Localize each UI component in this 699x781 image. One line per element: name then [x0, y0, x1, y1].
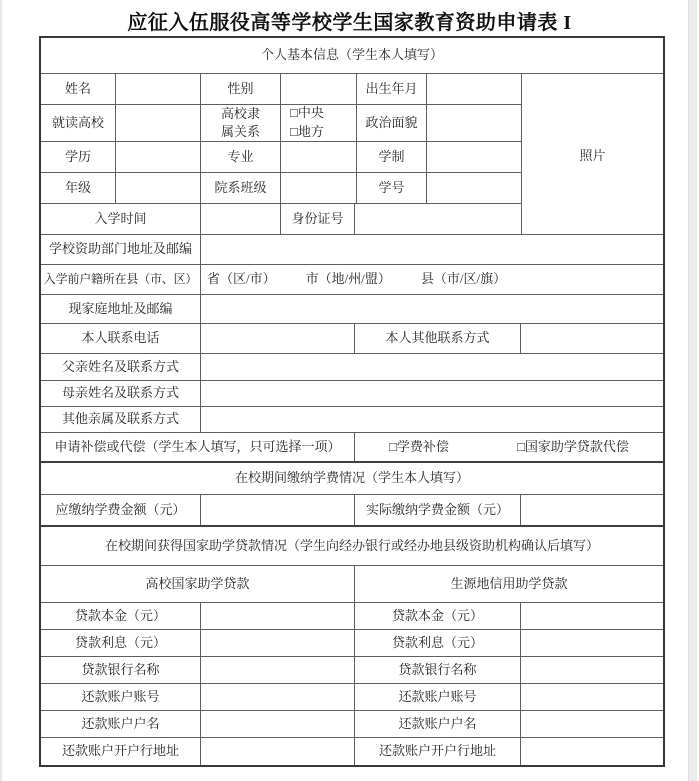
table-row: 应缴纳学费金额（元） 实际缴纳学费金额（元） [41, 495, 663, 527]
university-loan-account-name-input[interactable] [201, 711, 355, 737]
table-row: 申请补偿或代偿（学生本人填写，只可选择一项） □学费补偿 □国家助学贷款代偿 [41, 433, 663, 463]
university-input[interactable] [116, 105, 201, 141]
tuition-section-header: 在校期间缴纳学费情况（学生本人填写） [41, 463, 663, 494]
dept-class-label-cell: 院系班级 [201, 173, 281, 203]
tuition-due-input[interactable] [201, 495, 355, 525]
origin-loan-column-header: 生源地信用助学贷款 [355, 566, 663, 602]
origin-loan-bank-address-label-cell: 还款账户开户行地址 [355, 738, 521, 765]
table-row: 在校期间获得国家助学贷款情况（学生向经办银行或经办地县级资助机构确认后填写） [41, 527, 663, 566]
home-address-label-cell: 现家庭地址及邮编 [41, 295, 201, 323]
university-loan-bank-input[interactable] [201, 657, 355, 683]
origin-loan-interest-input[interactable] [521, 630, 663, 656]
major-input[interactable] [281, 142, 357, 173]
origin-city-label: 市（地/州/盟） [306, 271, 391, 287]
birth-label-cell: 出生年月 [357, 74, 427, 104]
scrollbar[interactable] [688, 0, 697, 781]
birth-input[interactable] [427, 74, 522, 104]
university-loan-account-name-label-cell: 还款账户户名 [41, 711, 201, 737]
table-row: 学校资助部门地址及邮编 [41, 235, 663, 265]
university-loan-bank-address-input[interactable] [201, 738, 355, 765]
origin-loan-interest-label-cell: 贷款利息（元） [355, 630, 521, 656]
origin-loan-account-label-cell: 还款账户账号 [355, 684, 521, 710]
phone-label-cell: 本人联系电话 [41, 324, 201, 353]
gender-input[interactable] [281, 74, 357, 104]
political-status-label-cell: 政治面貌 [357, 105, 427, 141]
mother-input[interactable] [201, 381, 663, 406]
central-checkbox[interactable]: □中央 [290, 105, 324, 121]
table-row: 贷款银行名称 贷款银行名称 [41, 657, 663, 684]
origin-province-label: 省（区/市） [207, 271, 276, 287]
origin-input-cell[interactable]: 省（区/市） 市（地/州/盟） 县（市/区/旗） [201, 265, 663, 294]
table-row: 在校期间缴纳学费情况（学生本人填写） [41, 463, 663, 495]
university-loan-bank-address-label-cell: 还款账户开户行地址 [41, 738, 201, 765]
university-loan-bank-label-cell: 贷款银行名称 [41, 657, 201, 683]
table-row: 贷款利息（元） 贷款利息（元） [41, 630, 663, 657]
mother-label-cell: 母亲姓名及联系方式 [41, 381, 201, 406]
student-id-input[interactable] [427, 173, 522, 203]
duration-input[interactable] [427, 142, 522, 173]
university-loan-principal-input[interactable] [201, 603, 355, 629]
table-row: 还款账户开户行地址 还款账户开户行地址 [41, 738, 663, 765]
father-input[interactable] [201, 354, 663, 380]
university-loan-interest-label-cell: 贷款利息（元） [41, 630, 201, 656]
table-row: 入学时间 身份证号 [41, 204, 522, 234]
university-loan-column-header: 高校国家助学贷款 [41, 566, 355, 602]
university-loan-account-label-cell: 还款账户账号 [41, 684, 201, 710]
grade-label-cell: 年级 [41, 173, 116, 203]
degree-label-cell: 学历 [41, 142, 116, 173]
table-row: 现家庭地址及邮编 [41, 295, 663, 324]
compensation-options-cell: □学费补偿 □国家助学贷款代偿 [355, 433, 663, 461]
origin-loan-principal-label-cell: 贷款本金（元） [355, 603, 521, 629]
origin-loan-account-input[interactable] [521, 684, 663, 710]
table-row: 个人基本信息（学生本人填写） [41, 38, 663, 74]
application-form-table: 个人基本信息（学生本人填写） 姓名 性别 出生年月 就读高校 高校隶属关系 □中… [39, 36, 665, 767]
loan-repayment-checkbox[interactable]: □国家助学贷款代偿 [517, 439, 629, 455]
affiliation-options-cell: □中央 □地方 [281, 105, 357, 141]
other-contact-label-cell: 本人其他联系方式 [355, 324, 521, 353]
table-row: 其他亲属及联系方式 [41, 407, 663, 433]
tuition-paid-input[interactable] [521, 495, 663, 525]
enroll-time-input[interactable] [201, 204, 281, 234]
photo-label: 照片 [579, 145, 605, 164]
id-number-input[interactable] [355, 204, 522, 234]
personal-info-block: 姓名 性别 出生年月 就读高校 高校隶属关系 □中央 □地方 政治面貌 学历 [41, 74, 663, 235]
personal-info-header: 个人基本信息（学生本人填写） [41, 38, 663, 73]
school-aid-address-input[interactable] [201, 235, 663, 264]
enroll-time-label-cell: 入学时间 [41, 204, 201, 234]
origin-loan-bank-input[interactable] [521, 657, 663, 683]
gender-label-cell: 性别 [201, 74, 281, 104]
university-loan-account-input[interactable] [201, 684, 355, 710]
student-id-label-cell: 学号 [357, 173, 427, 203]
table-row: 贷款本金（元） 贷款本金（元） [41, 603, 663, 630]
other-relative-label-cell: 其他亲属及联系方式 [41, 407, 201, 432]
origin-loan-account-name-label-cell: 还款账户户名 [355, 711, 521, 737]
university-loan-interest-input[interactable] [201, 630, 355, 656]
table-row: 父亲姓名及联系方式 [41, 354, 663, 381]
father-label-cell: 父亲姓名及联系方式 [41, 354, 201, 380]
window-edge [0, 0, 2, 781]
phone-input[interactable] [201, 324, 355, 353]
name-label-cell: 姓名 [41, 74, 116, 104]
degree-input[interactable] [116, 142, 201, 173]
university-loan-principal-label-cell: 贷款本金（元） [41, 603, 201, 629]
affiliation-label-cell: 高校隶属关系 [201, 105, 281, 141]
dept-class-input[interactable] [281, 173, 357, 203]
table-row: 入学前户籍所在县（市、区） 省（区/市） 市（地/州/盟） 县（市/区/旗） [41, 265, 663, 295]
origin-loan-principal-input[interactable] [521, 603, 663, 629]
tuition-compensation-checkbox[interactable]: □学费补偿 [389, 439, 449, 455]
school-aid-address-label-cell: 学校资助部门地址及邮编 [41, 235, 201, 264]
other-contact-input[interactable] [521, 324, 663, 353]
grade-input[interactable] [116, 173, 201, 203]
origin-loan-bank-label-cell: 贷款银行名称 [355, 657, 521, 683]
table-row: 母亲姓名及联系方式 [41, 381, 663, 407]
table-row: 学历 专业 学制 [41, 142, 522, 174]
personal-info-grid: 姓名 性别 出生年月 就读高校 高校隶属关系 □中央 □地方 政治面貌 学历 [41, 74, 522, 234]
origin-county-label: 县（市/区/旗） [421, 271, 506, 287]
tuition-paid-label-cell: 实际缴纳学费金额（元） [355, 495, 521, 525]
compensation-label-cell: 申请补偿或代偿（学生本人填写，只可选择一项） [41, 433, 355, 461]
other-relative-input[interactable] [201, 407, 663, 432]
page-title: 应征入伍服役高等学校学生国家教育资助申请表 I [0, 6, 699, 35]
photo-cell: 照片 [522, 74, 663, 234]
table-row: 就读高校 高校隶属关系 □中央 □地方 政治面貌 [41, 105, 522, 142]
id-number-label-cell: 身份证号 [281, 204, 355, 234]
duration-label-cell: 学制 [357, 142, 427, 173]
tuition-due-label-cell: 应缴纳学费金额（元） [41, 495, 201, 525]
origin-loan-account-name-input[interactable] [521, 711, 663, 737]
origin-loan-bank-address-input[interactable] [521, 738, 663, 765]
loans-section-header: 在校期间获得国家助学贷款情况（学生向经办银行或经办地县级资助机构确认后填写） [41, 527, 663, 565]
university-label-cell: 就读高校 [41, 105, 116, 141]
local-checkbox[interactable]: □地方 [290, 124, 324, 140]
origin-label-cell: 入学前户籍所在县（市、区） [41, 265, 201, 294]
table-row: 还款账户账号 还款账户账号 [41, 684, 663, 711]
table-row: 姓名 性别 出生年月 [41, 74, 522, 105]
table-row: 年级 院系班级 学号 [41, 173, 522, 204]
major-label-cell: 专业 [201, 142, 281, 173]
name-input[interactable] [116, 74, 201, 104]
political-status-input[interactable] [427, 105, 522, 141]
table-row: 还款账户户名 还款账户户名 [41, 711, 663, 738]
table-row: 高校国家助学贷款 生源地信用助学贷款 [41, 566, 663, 603]
table-row: 本人联系电话 本人其他联系方式 [41, 324, 663, 354]
home-address-input[interactable] [201, 295, 663, 323]
